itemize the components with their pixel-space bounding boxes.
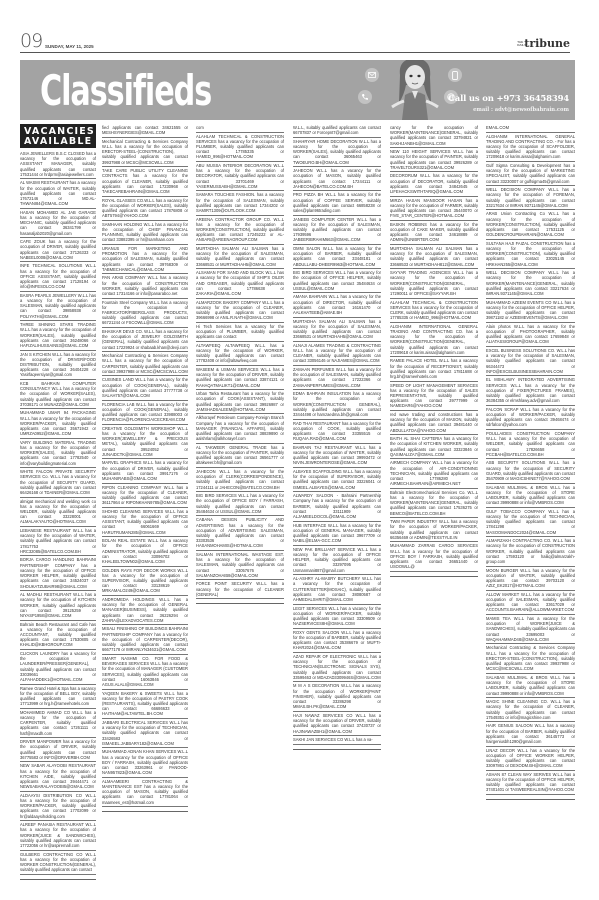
classified-ad: HAJI NAWAZ SERVICES CO W.L.L has a vacan… — [293, 712, 381, 736]
mobile-icon — [448, 68, 462, 82]
classified-ad: LINAZ DECOR W.L.L has a vacancy for the … — [486, 747, 575, 771]
classified-ad: ALSAMAN FOR SAND AND BLOCK W.L.L has a v… — [196, 269, 284, 298]
classified-ad: FORCE POINT SECURITY W.L.L has a vacancy… — [196, 580, 284, 599]
classified-ad: ARAB Union Contracting Co W.L.L has a va… — [486, 210, 575, 239]
classified-ad: MUHAMMAD ADNAN KHAN SERVICES W.L.L has a… — [102, 748, 188, 777]
classified-ad: SALMAN INTERNATIONAL WASTAGE EST. has a … — [196, 551, 284, 580]
envelope-icon — [365, 68, 379, 82]
classified-ad: NEW PAK BRILLIANT SERVICE W.L.L has a va… — [293, 546, 381, 575]
classified-ad: ROXY GENTS SALOON W.L.L has a vacancy fo… — [293, 629, 381, 653]
classified-ad: WELL DECISION COMPANY W.L.L has a vacanc… — [486, 186, 575, 210]
classified-ad: AMANA BAHRAIN W.L.L has a vacancy for th… — [293, 293, 381, 317]
classified-ad: LEGIT SERVICES W.L.L has a vacancy for t… — [293, 605, 381, 629]
classified-ad: ALDAAYSI DISTRIBUTION CO W.L.L has a vac… — [20, 792, 96, 821]
vacancies-heading-line2: AVAILABLE — [24, 137, 96, 147]
classified-ad: LEBANESE RESTAURANT W.L.L has a vacancy … — [20, 527, 96, 556]
classified-ad: SMART NASHMI CO. FOR FOOD & BEVERAGES SE… — [102, 655, 188, 690]
column-end-rule — [102, 811, 188, 812]
classified-ad: WELL DECISION COMPANY W.L.L has a vacanc… — [486, 269, 575, 298]
classified-ad: HASAN MOHAMED AL JAB GARAGE has a vacanc… — [20, 209, 96, 238]
classified-ad: BOLAN REAL ESTATE W.L.L has a vacancy fo… — [102, 537, 188, 566]
classified-ad: Urban Tarka Restaurant has a vacancy for… — [196, 390, 284, 414]
classified-ad: BASRA PEARLS JEWELLERY W.L.L has a vacan… — [20, 292, 96, 321]
classified-ad: CLICKON LAUNDRY has a vacancy for the oc… — [20, 650, 96, 685]
classified-ad: Hi Tech Services has a vacancy for the o… — [196, 323, 284, 342]
classified-ad: GULF TOBACCO COMPANY W.L.L has a vacancy… — [486, 508, 575, 537]
classified-ad: SAKHI JAN SERVICES CO W.L.L has a va- — [293, 736, 381, 745]
classified-ad: AREENA CONTRACTOR GROUP CO. W.L.L has a … — [196, 216, 284, 245]
classified-ad: DRIVER MANPOWER has a vacancy for the oc… — [20, 738, 96, 762]
classified-ad: ALREEF PANASIA RESTAURANT W.L.L has a va… — [20, 821, 96, 850]
email-text: email : advt@newsofbahrain.com — [473, 107, 569, 113]
column-6: EMAIL.COMALGHANIM INTERNATIONAL GENERAL … — [486, 124, 575, 800]
classified-ad: ZAMAAN PERFUMES W.L.L has a vacancy for … — [293, 366, 381, 390]
column-end-rule — [293, 749, 381, 750]
classified-ad: AL TAKWEER GENERAL TRADE has a vacancy f… — [196, 444, 284, 468]
classified-ad: DECORORUM W.L.L has a vacancy for the oc… — [390, 172, 478, 196]
classified-ad: FALCON SCRAP W.L.L has a vacancy for the… — [486, 406, 575, 430]
classified-ad: PAN ARAB COMPANY W.L.L has a vacancy for… — [102, 274, 188, 298]
classified-ad: HUB INTERFACE W.L.L has a vacancy for th… — [293, 522, 381, 546]
classified-ad: EDMA BAHRAIN INSULATION has a vacancy fo… — [293, 390, 381, 419]
classified-ad: JAHECON W.L.L has a vacancy for the occu… — [293, 167, 381, 191]
banner-title: Classifieds — [40, 65, 211, 117]
classifieds-banner: Classifieds Call us on +973 36458394 ema… — [20, 60, 575, 120]
classified-ad: CABANA DESIGN PUBLICITY AND ADVERTISING … — [196, 516, 284, 551]
column-1: ASIA JEWELLERS B.S.C CLOSED has a vacanc… — [20, 150, 96, 880]
page-date: SUNDAY, MAY 11, 2025 — [45, 44, 94, 49]
classified-ad: ALGHANIM INTERNATIONAL GENERAL TRADING A… — [486, 133, 575, 162]
column-3: comALAHLAM TECHNICAL & CONSTRUCTION SERV… — [196, 124, 284, 604]
classified-ad: M M A S DECORATION W.L.L has a vacancy f… — [293, 682, 381, 711]
classified-ad: cancy for the occupation of WORKER(MAINT… — [390, 124, 478, 148]
classified-ad: RIPON CLEANING COMPANY W.L.L has a vacan… — [102, 484, 188, 508]
classified-ad: CREATIVE GOLDSMITH WORKSHOP W.L.L has a … — [102, 425, 188, 460]
classified-ad: SHOHID CLEANING SERVICES W.L.L has a vac… — [102, 508, 188, 537]
classified-ad: MOHAMMED AHMAD CO W.L.L has a vacancy fo… — [20, 709, 96, 738]
classified-ad: ALAHLAM TECHNICAL & CONSTRUCTION SERVICE… — [390, 299, 478, 323]
classified-ad: EXCEL BUSINESS SOLUTIONS CO. W.L.L has a… — [486, 347, 575, 376]
classified-ad: BASKIN ROBBINS has a vacancy for the occ… — [390, 221, 478, 245]
classified-ad: PRO PIZZA BH W.L.L has a vacancy for the… — [293, 191, 381, 215]
classified-ad: SAMHAAN HOLDING W.L.L has a vacancy for … — [102, 221, 188, 245]
classified-ad: BAITH AL SHAI CAFTERIA has a vacancy for… — [390, 435, 478, 459]
column-5: cancy for the occupation of WORKER(MAINT… — [390, 124, 478, 577]
classified-ad: EL MSHLAWY INTEGRATED ADVERTISING SERVIC… — [486, 376, 575, 405]
classified-ad: MAGIC SHINE CLEANING CO. W.L.L has a vac… — [486, 698, 575, 722]
classified-ad: SULTANA HAJI FAIZAL CONSTRUCTION has a v… — [486, 240, 575, 269]
classified-ad: ABU MUSSA INTERIOR DECORATION W.L.L has … — [196, 162, 284, 191]
classified-ad: JANEEB COMPUTER CENTER W.L.L has a vacan… — [293, 216, 381, 245]
page-number: 09 — [20, 32, 42, 51]
classified-ad: red wave trading and constructions has a… — [390, 411, 478, 435]
classified-ad: CAFE ZOUK has a vacancy for the occupati… — [20, 238, 96, 262]
classified-ad: OMNI SALON W.L.L has a vacancy for the o… — [293, 245, 381, 269]
classified-ad: Mechanical Contracting & Services Compan… — [102, 352, 188, 376]
classified-ad: SAMARA TOUCHES FASHION. has a vacancy fo… — [196, 191, 284, 215]
classified-ad: GULBERG CONTRACTING CO W.L.L has a vacan… — [20, 851, 96, 875]
classified-ad: ROYAL GLASSES CO.W.L.L has a vacancy for… — [102, 197, 188, 221]
classified-ad: URANUS FOR MARKETING AND PROMOTION has a… — [102, 245, 188, 274]
classified-ad: BIG BIRD SERVICES W.L.L has a vacancy fo… — [293, 269, 381, 293]
classified-ad: AIRMECH COMPANY W.L.L has a vacancy for … — [390, 459, 478, 488]
classified-ad: THREE SHINING STARS TRADING W.L.L has a … — [20, 321, 96, 350]
classified-ad: TAKE CARE PUBLIC UTILITY CLEANING CONTRA… — [102, 167, 188, 196]
page-header: 09 SUNDAY, MAY 11, 2025 THE DAILYtribune — [20, 36, 570, 53]
classified-ad: BIG BIRD SERVICES W.L.L has a vacancy fo… — [196, 492, 284, 516]
classified-ad: Gulf Sigma Consulting & Development has … — [486, 162, 575, 186]
classified-ad: TWM PAPER INDUSTRY W.L.L has a vacancy f… — [390, 518, 478, 542]
classified-ad: BORJA CARGO HANDLING BAHRAINI PARTNERSHI… — [20, 556, 96, 591]
classified-ad: FLORENCIA LAB W.L.L has a vacancy for th… — [102, 401, 188, 425]
column-end-rule — [20, 879, 96, 880]
classified-ad: JAN S KITCHEN W.L.L has a vacancy for th… — [20, 351, 96, 380]
classified-ad: WHITE FALCON PRIVATE SECURITY SERVICES C… — [20, 468, 96, 497]
classified-ad: BAHRAIN TAJ RESTAURANT W.L.L has a vacan… — [293, 444, 381, 468]
classified-ad: Ramee Grand Hotel & Spa has a vacancy fo… — [20, 685, 96, 709]
column-end-rule — [390, 576, 478, 577]
classified-ad: SALABAS MULJIMAL & BROS W.L.L has a vaca… — [486, 484, 575, 508]
call-us-text: Call us on +973 36458394 — [448, 94, 569, 104]
classified-ad: ALWARDY SALOON - Bahraini Partnership Co… — [293, 492, 381, 521]
classified-ad: SHAHRYAR HOME DECORATION W.L.L has a vac… — [293, 138, 381, 167]
classified-ad: Mechanical Contracting & Services Compan… — [102, 138, 188, 167]
classified-ad: MURTADHA SALMAN ALI SALMAN has a vacancy… — [390, 245, 478, 269]
classified-ad: MURTADHA SALMAN ALI SALMAN has a vacancy… — [196, 245, 284, 269]
classified-ad: RAMEE PALACE HOTEL W.L.L has a vacancy f… — [390, 357, 478, 381]
classified-ad: EMAIL.COM — [486, 124, 575, 133]
classified-ad: ALGHANIM INTERNATIONAL GENERAL TRADING A… — [390, 323, 478, 358]
classified-ad: SALABAS MULJIMAL & BROS W.L.L has a vaca… — [486, 674, 575, 698]
classified-ad: INFE TECHNICAL SOLUTIONS W.L.L has a vac… — [20, 262, 96, 291]
classified-ad: MUHAMMAD AZEEM EVENTS CO W.L.L has a vac… — [486, 299, 575, 323]
classified-ad: HAIR GENIUS SALOON W.L.L has a vacancy f… — [486, 722, 575, 746]
classified-ad: ALMARZOOK BAKERY COMPANY W.L.L has a vac… — [196, 299, 284, 323]
classified-ad: MOON BURGER W.L.L has a vacancy for the … — [486, 567, 575, 591]
classified-ad: WASEEM & USMAN SERVICES W.L.L has a vaca… — [196, 366, 284, 390]
classified-ad: ALBAYES SCAFFOLDING W.L.L has a vacancy … — [293, 468, 381, 492]
classified-ad: Alain photos W.L.L has a vacancy for the… — [486, 323, 575, 347]
vacancies-heading: VACANCIES AVAILABLE — [20, 124, 96, 148]
classified-ad: Bahrain Beach Restaurant and Cafe has a … — [20, 621, 96, 650]
classified-ad: SPEED OF LIGHT MANAGEMENT SERVICES has a… — [390, 382, 478, 411]
classified-ad: MUHAMMAD UMAR 94 PACKAGING W.L.L has a v… — [20, 409, 96, 438]
cartoon-woman-illustration — [390, 60, 440, 120]
classified-ad: Alkhorayef Petroleum Company-Foreign Bra… — [196, 414, 284, 443]
classified-ad: ALNAJI ALAMES TRADING & CONTRACTING W.L.… — [293, 342, 381, 366]
classified-ad: AL MADHLI RESTAURANT W.L.L has a vacancy… — [20, 591, 96, 620]
classified-ad: MURTADHA SALMAN ALI SALMAN has a vacancy… — [293, 318, 381, 342]
classified-ad: GOLDEN RAYS FOR DECOR WORKS W.L.L has a … — [102, 567, 188, 596]
classified-ad: AZAD REPAIR OF ELECTRONIC W.L.L has a va… — [293, 653, 381, 682]
classified-ad: ALAHLAM TECHNICAL & CONSTRUCTION SERVICE… — [196, 133, 284, 162]
classified-ad: W.L.L, suitably qualified applicants can… — [293, 124, 381, 138]
tribune-logo: THE DAILYtribune — [517, 37, 570, 50]
classified-ad: MAMIS TEA W.L.L has a vacancy for the oc… — [486, 615, 575, 644]
classified-ad: ALTAWFEEQ ALTAWFEEQ W.L.L has a vacancy … — [196, 342, 284, 366]
classified-ad: Bahrain Electromechanical Services Co. W… — [390, 489, 478, 518]
classified-ad: JAHECON W.L.L has a vacancy for the occu… — [196, 468, 284, 492]
classified-ad: ALLOW MARKET W.L.L has a vacancy for the… — [486, 591, 575, 615]
classified-ad: AL WASMI RESTAURANT has a vacancy for th… — [20, 179, 96, 208]
classified-ad: YAQEEN BAKERY & SWEETS W.L.L has a vacan… — [102, 690, 188, 719]
classified-ad: ASIA JEWELLERS B.S.C CLOSED has a vacanc… — [20, 150, 96, 179]
column-end-rule — [196, 603, 284, 604]
column-2: fied applicants can contact 34621555 or … — [102, 124, 188, 812]
classified-ad: Mechanical Contracting & Services Compan… — [486, 644, 575, 673]
classified-ad: Fountain Steel Company W.L.L has a vacan… — [102, 299, 188, 328]
classified-ad: ALMAAMEERI CONTRACTING & MAINTENANCE EST… — [102, 778, 188, 807]
column-4: W.L.L, suitably qualified applicants can… — [293, 124, 381, 750]
classified-ad: RAD THAI RESTAURANT has a vacancy for th… — [293, 420, 381, 444]
classified-ad: ASHAN 87 CLEAN WAY SERIVES W.L.L has a v… — [486, 771, 575, 795]
classified-ad: CUISINES LAND W.L.L has a vacancy for th… — [102, 376, 188, 400]
classified-ad: ALMARZAKH CONTRACTING CO. W.L.L has a va… — [486, 537, 575, 566]
classified-ad: KCB BAHRAIN COMPUTER CONSULTANCY W.L.L h… — [20, 380, 96, 409]
classified-ad: fied applicants can contact 34621555 or … — [102, 124, 188, 138]
classified-ad: MIRZA HASAN MANSOOR HASAN has a vacancy … — [390, 197, 478, 221]
classified-ad: almigat mechanical and welding work co h… — [20, 498, 96, 527]
classified-ad: SAYYAR TRADING AGENCIES W.L.L has a vaca… — [390, 269, 478, 298]
classified-ad: ANDROMEDA HOLDINGS W.L.L has a vacancy f… — [102, 596, 188, 625]
classified-ad: POULLAIDES CONSTRUCTION COMPANY W.L.L ha… — [486, 430, 575, 459]
classified-ad: ASB SECURITY SOLUTIONS W.L.L has a vacan… — [486, 459, 575, 483]
column-end-rule — [486, 799, 575, 800]
classified-ad: NEW 110 HEIGHT SERVICES W.L.L has a vaca… — [390, 148, 478, 172]
classified-ad: MUHAMMAD ZARRAB CARGO SERVICES W.L.L has… — [390, 542, 478, 571]
classified-ad: JABBARI ELECTRICAL SERVICES W.L.L has a … — [102, 719, 188, 748]
classified-ad: BHASKAR DEVJI CO. W.L.L has a vacancy fo… — [102, 328, 188, 352]
classified-ad: AL-ASHRY AL-MASRY BUTCHERY W.L.L has a v… — [293, 575, 381, 604]
logo-text: tribune — [524, 37, 570, 50]
phone-icon — [358, 90, 372, 104]
classified-ad: VARY BUILDING MATERIAL TRADING has a vac… — [20, 439, 96, 468]
classified-ad: MARVEL GRAPHICS W.L.L has a vacancy for … — [102, 459, 188, 483]
classified-ad: com — [196, 124, 284, 133]
classified-ad: NEW SABAR ALAYOOBI RESTAURANT has a vaca… — [20, 762, 96, 791]
classified-ad: MISALI FINISHING OF BUILDINGS BAHRAINI P… — [102, 625, 188, 654]
